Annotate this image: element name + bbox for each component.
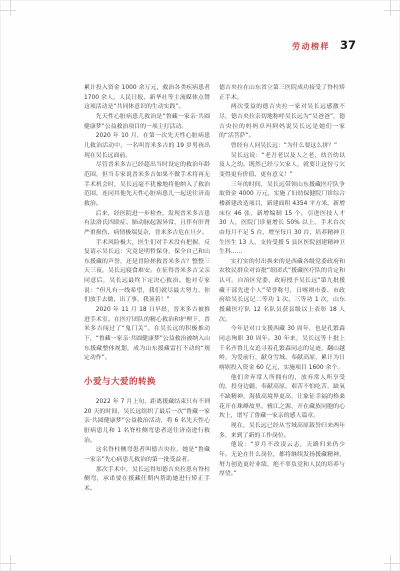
section-label: 劳动榜样 [292,41,330,52]
body-paragraph: 手术风险极大，医生们对手术没有把握，反复请示吴长远：究竟是明哲保身，保全自己和山… [84,239,210,307]
body-paragraph: 2022 年 7 月上旬，距离援藏结束只有不到 20 天的时间，吴长远组织了最后… [84,398,210,446]
body-paragraph: 尽管晋米多吉已经超出当时设定的救治年龄范围，但当专家说晋米多吉如果不做手术将再无… [84,161,210,209]
body-paragraph: 先天性心脏病患儿救治是“鲁藏一家亲·共圆健康梦”公益救治项目的一项主打活动。 [84,113,210,132]
section-heading: 小爱与大爱的转换 [84,377,210,387]
body-paragraph: 后来，经医院进一步检查，发现晋米多吉患有法洛氏四联症、肺动脉起源异常，且伴有肝肾… [84,210,210,239]
body-paragraph: 德吉央拉在山东省立第三医院成功接受了脊柱矫正手术。 [219,84,345,103]
right-column: 德吉央拉在山东省立第三医院成功接受了脊柱矫正手术。 两次受益的德吉央拉一家对吴长… [219,84,345,516]
page-number: 37 [340,38,356,52]
body-paragraph: 曾经有人问吴长远：“为什么要这么拼？” [219,142,345,152]
crop-mark [0,10,16,11]
body-paragraph: 现在，吴长远已经从雪域高原载誉归来两年多，来到了新的工作岗位。 [219,422,345,441]
crop-mark [390,0,391,16]
crop-mark [384,10,400,11]
article-body: 累计投入资金 1000 余万元，救治各类疾病患者 1700 余人。人民日报、新华… [84,84,346,516]
body-paragraph: 今年是对口支援西藏 30 周年，也是孔繁森同志殉职 30 周年。30 年来，吴长… [219,325,345,373]
body-paragraph: 那次手术中，吴长远得知德吉央拉患有脊柱侧弯，承诺要在援藏任期内帮助她进行矫正手术… [84,466,210,495]
body-paragraph: 两次受益的德吉央拉一家对吴长远感激不尽，德吉央拉亲切地称呼吴长远为“吴爸爸”，德… [219,103,345,142]
body-paragraph: 累计投入资金 1000 余万元，救治各类疾病患者 1700 余人。人民日报、新华… [84,84,210,113]
body-paragraph: 实打实的付出换来的是西藏各级党委政府和农牧民群众对首批“组团式”援藏医疗队的肯定… [219,258,345,326]
page-header: 劳动榜样 37 [292,38,356,52]
body-paragraph: 他说：“岁月不改凌云志，天路归来仍少年。无论在什么岗位，都将继续发扬援藏精神，努… [219,441,345,480]
body-paragraph: 吴长远说：“老吾老以及人之老，幼吾幼以及人之幼。既然已经亏欠家人，就要让这份亏欠… [219,152,345,181]
crop-mark [0,563,16,564]
crop-mark [384,563,400,564]
body-paragraph: 2020 年 11 月 18 日早晨，晋米多吉被推进手术室。在医疗团队的精心救治… [84,306,210,364]
body-paragraph: 2020 年 10 月，在第一次先天性心脏病患儿救治活动中，一名叫晋米多吉的 1… [84,132,210,161]
magazine-page: 劳动榜样 37 累计投入资金 1000 余万元，救治各类疾病患者 1700 余人… [0,0,400,571]
body-paragraph: 他们舍弃常人所拥有的，放弃常人所享受的，投身边疆、奉献高原，艰苦不怕吃苦，缺氧不… [219,374,345,422]
crop-mark [390,555,391,571]
crop-mark [10,555,11,571]
body-paragraph: 三年的时间，吴长远带领山东援藏医疗队争取资金 4000 万元，实施了妇幼保健院门… [219,181,345,258]
crop-mark [10,0,11,16]
body-paragraph: 这名脊柱侧弯患者叫德吉央拉，她是“鲁藏一家亲”先心病患儿救治的第一批受益者。 [84,446,210,465]
left-column: 累计投入资金 1000 余万元，救治各类疾病患者 1700 余人。人民日报、新华… [84,84,210,516]
